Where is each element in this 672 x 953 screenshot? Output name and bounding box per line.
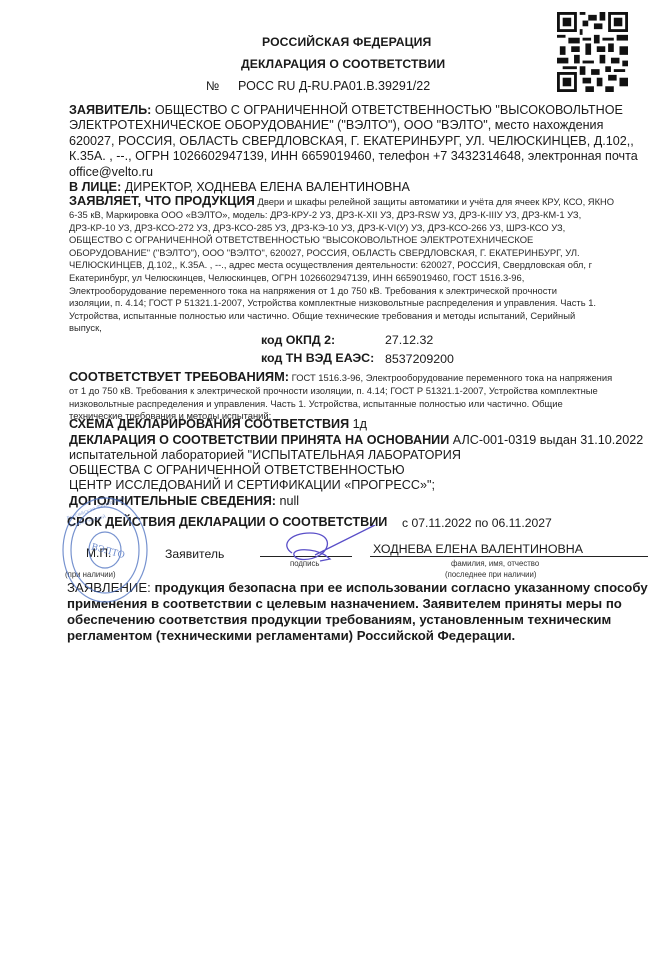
applicant-name-line: ОБЩЕСТВО С ОГРАНИЧЕННОЙ ОТВЕТСТВЕННОСТЬЮ… [151, 103, 623, 117]
mp-label: М.П. [86, 546, 111, 560]
product-line: изоляции, п. 4.14; ГОСТ Р 51321.1-2007, … [69, 297, 669, 310]
requirements-label: СООТВЕТСТВУЕТ ТРЕБОВАНИЯМ: [69, 369, 289, 384]
product-line: ЧЕЛЮСКИНЦЕВ, Д.102,, К.35А. , --., адрес… [69, 259, 669, 272]
statement-line: применения в соответствии с целевым назн… [67, 596, 667, 612]
statement-section: ЗАЯВЛЕНИЕ: продукция безопасна при ее ис… [67, 580, 667, 644]
name-caption-2: (последнее при наличии) [445, 570, 536, 579]
product-section: ЗАЯВЛЯЕТ, ЧТО ПРОДУКЦИЯ Двери и шкафы ре… [69, 193, 669, 335]
product-line: Двери и шкафы релейной защиты автоматики… [255, 196, 614, 207]
applicant-line: К.35А. , --., ОГРН 1026602947139, ИНН 66… [69, 149, 669, 164]
country-title: РОССИЙСКАЯ ФЕДЕРАЦИЯ [262, 35, 431, 49]
statement-line: продукция безопасна при ее использовании… [151, 580, 648, 595]
additional-value: null [276, 494, 299, 508]
qr-code-icon [557, 12, 628, 92]
signature-line [260, 556, 352, 557]
product-line: Екатеринбург, ул Челюскинцев, Челюскинце… [69, 272, 669, 285]
requirements-section: СООТВЕТСТВУЕТ ТРЕБОВАНИЯМ: ГОСТ 1516.3-9… [69, 369, 669, 423]
statement-line: обеспечению соответствия продукции требо… [67, 612, 667, 628]
applicant-label: ЗАЯВИТЕЛЬ: [69, 103, 151, 117]
applicant-role-label: Заявитель [165, 547, 224, 561]
product-line: ОБЩЕСТВО С ОГРАНИЧЕННОЙ ОТВЕТСТВЕННОСТЬЮ… [69, 234, 669, 247]
person-value: ДИРЕКТОР, ХОДНЕВА ЕЛЕНА ВАЛЕНТИНОВНА [121, 180, 410, 194]
product-line: Электрооборудование переменного тока на … [69, 285, 669, 298]
basis-section: СХЕМА ДЕКЛАРИРОВАНИЯ СООТВЕТСТВИЯ 1д ДЕК… [69, 416, 669, 509]
scheme-label: СХЕМА ДЕКЛАРИРОВАНИЯ СООТВЕТСТВИЯ [69, 417, 349, 431]
applicant-line: 620027, РОССИЯ, ОБЛАСТЬ СВЕРДЛОВСКАЯ, Г.… [69, 134, 669, 149]
basis-line: испытательной лабораторией "ИСПЫТАТЕЛЬНА… [69, 448, 669, 463]
applicant-section: ЗАЯВИТЕЛЬ: ОБЩЕСТВО С ОГРАНИЧЕННОЙ ОТВЕТ… [69, 103, 669, 195]
basis-value: АЛС-001-0319 выдан 31.10.2022 [449, 433, 643, 447]
signer-name: ХОДНЕВА ЕЛЕНА ВАЛЕНТИНОВНА [373, 542, 583, 556]
product-line: выпуск, [69, 322, 669, 335]
tnved-label: код ТН ВЭД ЕАЭС: [261, 351, 374, 365]
product-label: ЗАЯВЛЯЕТ, ЧТО ПРОДУКЦИЯ [69, 193, 255, 208]
name-line [370, 556, 648, 557]
person-label: В ЛИЦЕ: [69, 180, 121, 194]
handwritten-signature-icon [270, 525, 380, 570]
additional-label: ДОПОЛНИТЕЛЬНЫЕ СВЕДЕНИЯ: [69, 494, 276, 508]
product-line: ОБОРУДОВАНИЕ" ("ВЭЛТО"), ООО "ВЭЛТО", 62… [69, 247, 669, 260]
requirements-line: низковольтные распределения и управления… [69, 398, 669, 411]
document-title: ДЕКЛАРАЦИЯ О СООТВЕТСТВИИ [241, 57, 445, 71]
okpd-label: код ОКПД 2: [261, 333, 335, 347]
scheme-value: 1д [349, 417, 367, 431]
name-caption: фамилия, имя, отчество [451, 559, 539, 568]
requirements-line: от 1 до 750 кВ. Требования к электрическ… [69, 385, 669, 398]
validity-label: СРОК ДЕЙСТВИЯ ДЕКЛАРАЦИИ О СООТВЕТСТВИИ [67, 515, 387, 529]
statement-line: регламентом (техническими регламентами) … [67, 628, 667, 644]
statement-label: ЗАЯВЛЕНИЕ: [67, 580, 151, 595]
basis-line: ЦЕНТР ИССЛЕДОВАНИЙ И СЕРТИФИКАЦИИ «ПРОГР… [69, 478, 669, 493]
signature-caption: подпись [290, 559, 319, 568]
basis-label: ДЕКЛАРАЦИЯ О СООТВЕТСТВИИ ПРИНЯТА НА ОСН… [69, 433, 449, 447]
basis-line: ОБЩЕСТВА С ОГРАНИЧЕННОЙ ОТВЕТСТВЕННОСТЬЮ [69, 463, 669, 478]
applicant-email: office@velto.ru [69, 165, 669, 180]
product-line: ДРЗ-КР-10 УЗ, ДРЗ-КСО-272 УЗ, ДРЗ-КСО-28… [69, 222, 669, 235]
product-line: 6-35 кВ, Маркировка ООО «ВЭЛТО», модель:… [69, 209, 669, 222]
applicant-line: ЭЛЕКТРОТЕХНИЧЕСКОЕ ОБОРУДОВАНИЕ" ("ВЭЛТО… [69, 118, 669, 133]
product-line: Устройства, испытанные полностью или час… [69, 310, 669, 323]
validity-value: с 07.11.2022 по 06.11.2027 [402, 516, 552, 530]
declaration-number-sign: № [206, 79, 219, 93]
tnved-value: 8537209200 [385, 352, 454, 366]
requirements-line: ГОСТ 1516.3-96, Электрооборудование пере… [289, 372, 612, 383]
declaration-number: РОСС RU Д-RU.РА01.В.39291/22 [238, 79, 430, 93]
okpd-value: 27.12.32 [385, 333, 433, 347]
mp-caption: (при наличии) [65, 570, 116, 579]
